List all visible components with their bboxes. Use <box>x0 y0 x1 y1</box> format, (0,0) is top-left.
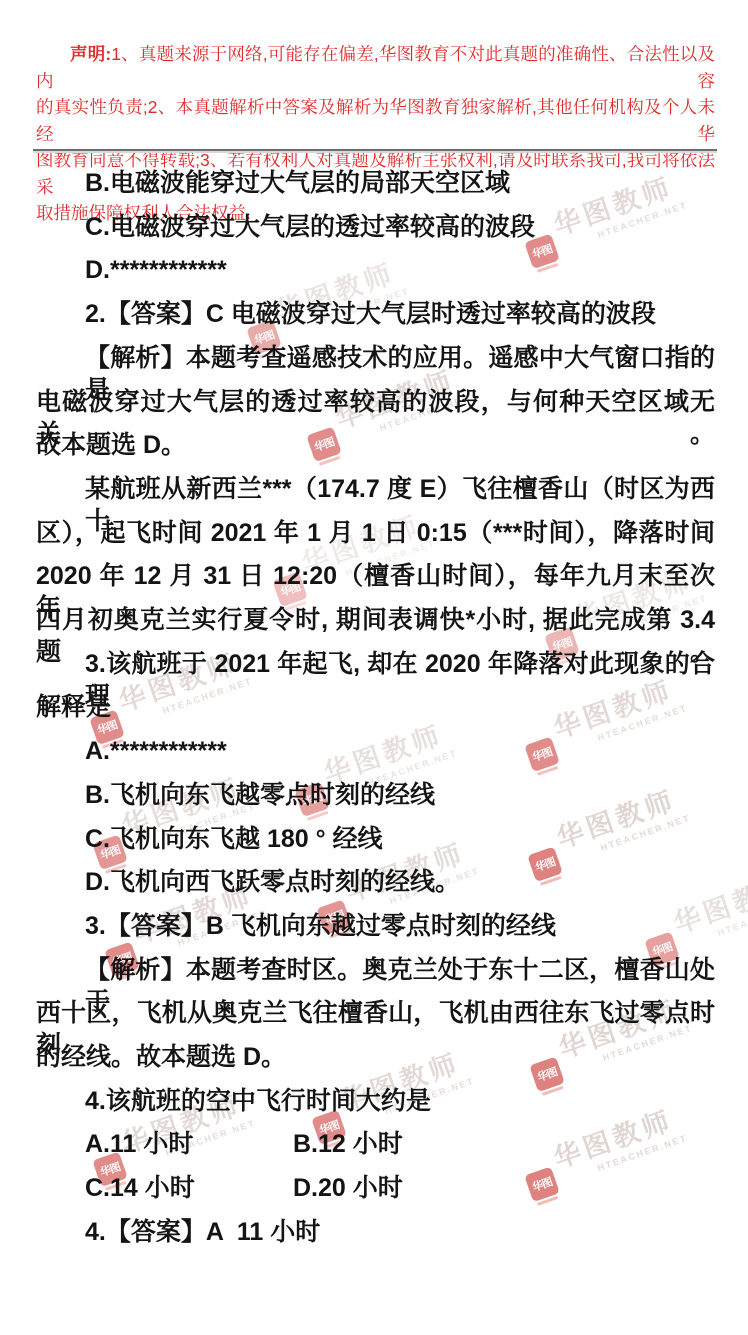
body-line: D.飞机向西飞跃零点时刻的经线。 <box>36 866 715 900</box>
body-line: 某航班从新西兰***（174.7 度 E）飞往檀香山（时区为西十 <box>36 473 715 507</box>
document-page: 声明:1、真题来源于网络,可能存在偏差,华图教育不对此真题的准确性、合法性以及内… <box>0 0 748 1335</box>
body-line: A.11 小时B.12 小时 <box>36 1128 715 1162</box>
option-cell: D.20 小时 <box>293 1172 403 1204</box>
body-line: 四月初奥克兰实行夏令时, 期间表调快*小时, 据此完成第 3.4 题。 <box>36 604 715 638</box>
body-line: 解释是 <box>36 691 715 725</box>
option-cell: B.12 小时 <box>293 1128 403 1160</box>
body-line: 【解析】本题考查时区。奥克兰处于东十二区，檀香山处于 <box>36 954 715 988</box>
option-cell: A.11 小时 <box>85 1128 193 1160</box>
body-line: 区），起飞时间 2021 年 1 月 1 日 0:15（***时间），降落时间 <box>36 517 715 551</box>
body-line: B.电磁波能穿过大气层的局部天空区域 <box>36 167 715 201</box>
body-line: 4.该航班的空中飞行时间大约是 <box>36 1085 715 1119</box>
body-line: 电磁波穿过大气层的透过率较高的波段，与何种天空区域无关。 <box>36 386 715 420</box>
body-line: 【解析】本题考查遥感技术的应用。遥感中大气窗口指的是 <box>36 342 715 376</box>
body-line: 2.【答案】C 电磁波穿过大气层时透过率较高的波段 <box>36 298 715 332</box>
body-line: B.飞机向东飞越零点时刻的经线 <box>36 779 715 813</box>
body-line: D.************ <box>36 254 715 288</box>
body-line: 3.【答案】B 飞机向东越过零点时刻的经线 <box>36 910 715 944</box>
body-line: C.电磁波穿过大气层的透过率较高的波段 <box>36 211 715 245</box>
body-line: 西十区，飞机从奥克兰飞往檀香山，飞机由西往东飞过零点时刻 <box>36 997 715 1031</box>
body-line: A.************ <box>36 735 715 769</box>
body-line: C.飞机向东飞越 180 ° 经线 <box>36 823 715 857</box>
body-line: C.14 小时D.20 小时 <box>36 1172 715 1206</box>
body-line: 故本题选 D。 <box>36 429 715 463</box>
body-line: 4.【答案】A 11 小时 <box>36 1216 715 1250</box>
body-line: 2020 年 12 月 31 日 12:20（檀香山时间），每年九月末至次年 <box>36 560 715 594</box>
watermark-site-url: HTEACHER.NET <box>716 898 748 938</box>
body-line: 3.该航班于 2021 年起飞, 却在 2020 年降落对此现象的合理 <box>36 648 715 682</box>
option-cell: C.14 小时 <box>85 1172 195 1204</box>
body-line: 的经线。故本题选 D。 <box>36 1041 715 1075</box>
